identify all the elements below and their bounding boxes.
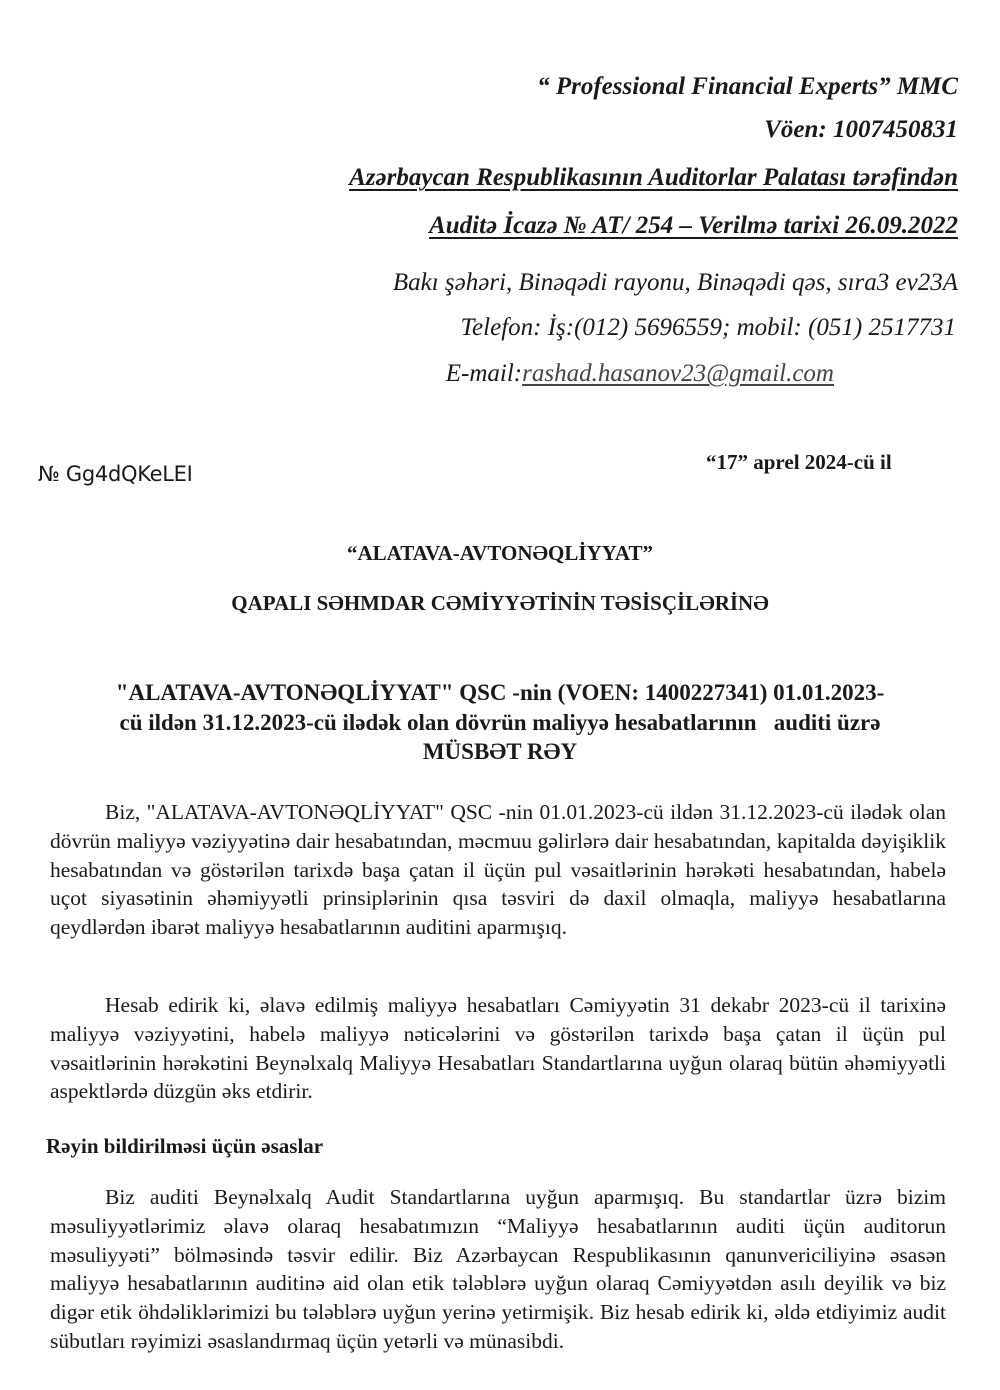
title-line-3: MÜSBƏT RƏY (0, 737, 1000, 767)
license-authority: Azərbaycan Respublikasının Auditorlar Pa… (349, 163, 958, 193)
addressee-company: “ALATAVA-AVTONƏQLİYYAT” (0, 541, 1000, 566)
title-line-1: "ALATAVA-AVTONƏQLİYYAT" QSC -nin (VOEN: … (0, 678, 1000, 708)
email-link[interactable]: rashad.hasanov23@gmail.com (522, 360, 834, 387)
opinion-paragraph-2: Hesab edirik ki, əlavə edilmiş maliyyə h… (50, 991, 946, 1106)
company-phone: Telefon: İş:(012) 5696559; mobil: (051) … (460, 313, 956, 343)
title-line-2: cü ildən 31.12.2023-cü ilədək olan dövrü… (0, 708, 1000, 738)
audit-license: Auditə İcazə № AT/ 254 – Verilmə tarixi … (429, 211, 958, 241)
opinion-paragraph-1: Biz, "ALATAVA-AVTONƏQLİYYAT" QSC -nin 01… (50, 798, 946, 942)
email-label: E-mail: (446, 360, 522, 387)
company-email-line: E-mail:rashad.hasanov23@gmail.com (446, 359, 834, 389)
document-date: “17” aprel 2024-cü il (706, 450, 892, 475)
addressee-recipients: QAPALI SƏHMDAR CƏMİYYƏTİNİN TƏSİSÇİLƏRİN… (0, 591, 1000, 616)
basis-paragraph: Biz auditi Beynəlxalq Audit Standartları… (50, 1183, 946, 1356)
company-name: “ Professional Financial Experts” MMC (537, 72, 958, 102)
section-heading: Rəyin bildirilməsi üçün əsaslar (46, 1134, 323, 1159)
document-number: № Gg4dQKeLEI (38, 462, 193, 486)
company-tax-id: Vöen: 1007450831 (764, 115, 958, 145)
company-address: Bakı şəhəri, Binəqədi rayonu, Binəqədi q… (393, 268, 958, 298)
